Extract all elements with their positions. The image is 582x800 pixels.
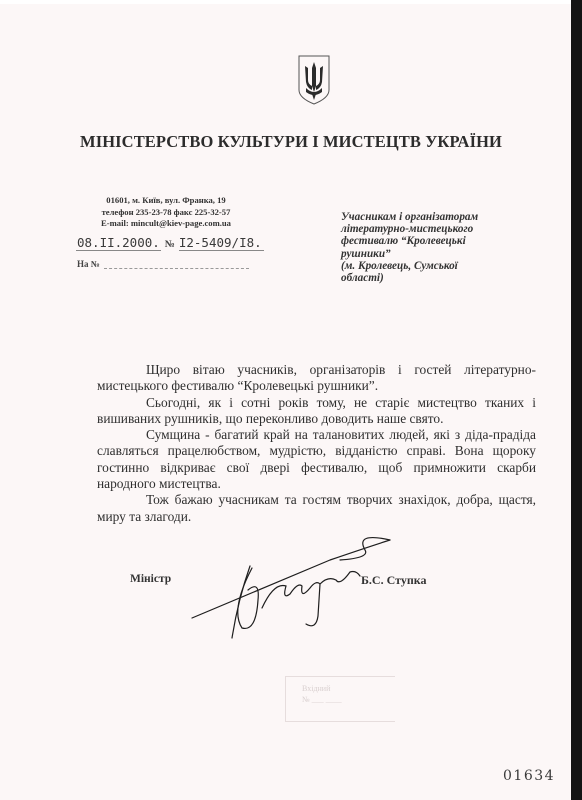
serial-number: 01634 [503, 768, 555, 784]
letter-body: Щиро вітаю учасників, організаторів і го… [97, 362, 536, 525]
letter-number: I2-5409/I8. [179, 235, 264, 251]
scan-right-edge [571, 0, 582, 800]
letter-page: МІНІСТЕРСТВО КУЛЬТУРИ І МИСТЕЦТВ УКРАЇНИ… [0, 0, 571, 800]
body-paragraph: Сумщина - багатий край на талановитих лю… [97, 427, 536, 492]
recipient-line: рушники” [341, 248, 541, 260]
letter-date: 08.II.2000. [76, 235, 161, 251]
stamp-line: Вхідний [302, 683, 395, 694]
reply-label: На № [77, 259, 100, 269]
scan-top-edge [0, 0, 571, 4]
address-line: 01601, м. Київ, вул. Франка, 19 [81, 195, 251, 207]
signatory-role: Міністр [130, 573, 171, 585]
phone-fax-line: телефон 235-23-78 факс 225-32-57 [81, 207, 251, 219]
recipient-block: Учасникам і організаторам літературно-ми… [341, 211, 541, 284]
handwritten-signature-icon [190, 520, 400, 640]
reply-to-line: На № [77, 259, 249, 269]
number-sign: № [165, 239, 175, 250]
reply-blank-field [104, 267, 249, 269]
email-line: E-mail: mincult@kiev-page.com.ua [81, 218, 251, 230]
ministry-title: МІНІСТЕРСТВО КУЛЬТУРИ І МИСТЕЦТВ УКРАЇНИ [0, 132, 582, 152]
stamp-line: № ___ ____ [302, 694, 395, 705]
recipient-line: (м. Кролевець, Сумської [341, 260, 541, 272]
registration-line: 08.II.2000.№I2-5409/I8. [76, 235, 264, 250]
faint-incoming-stamp: Вхідний № ___ ____ [285, 676, 395, 722]
trident-coat-of-arms-icon [297, 54, 331, 106]
recipient-line: області) [341, 272, 541, 284]
address-block: 01601, м. Київ, вул. Франка, 19 телефон … [81, 195, 251, 230]
body-paragraph: Щиро вітаю учасників, організаторів і го… [97, 362, 536, 395]
recipient-line: літературно-мистецького [341, 223, 541, 235]
recipient-line: Учасникам і організаторам [341, 211, 541, 223]
body-paragraph: Сьогодні, як і сотні років тому, не стар… [97, 395, 536, 428]
recipient-line: фестивалю “Кролевецькі [341, 235, 541, 247]
